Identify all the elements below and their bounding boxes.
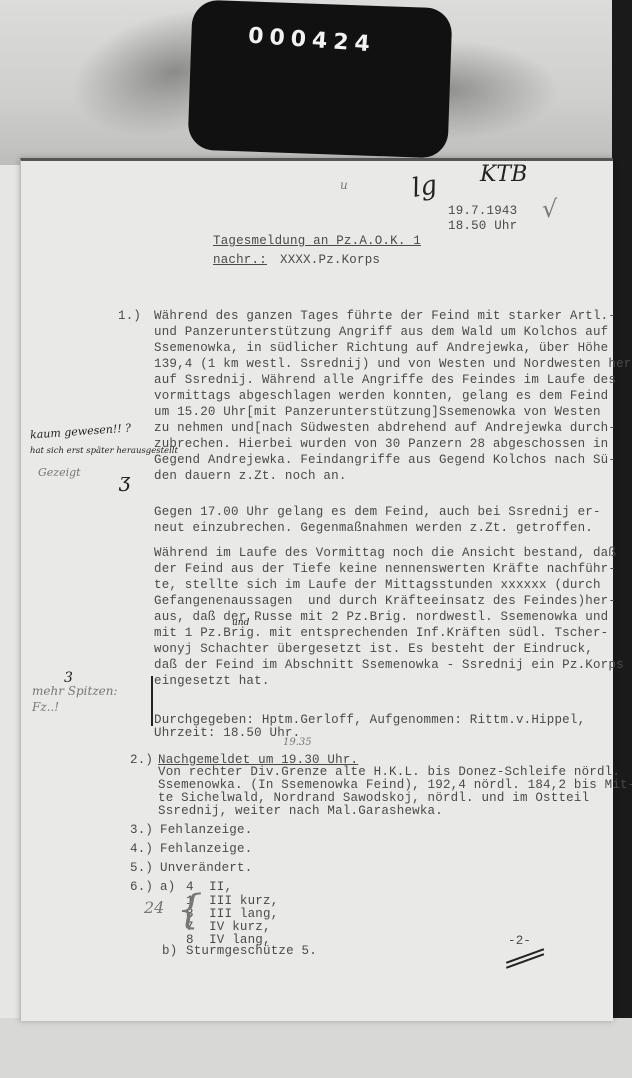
handwritten-insert: und — [232, 618, 249, 628]
handwritten-mark: u — [340, 178, 348, 192]
microfilm-bottom-area — [0, 1018, 632, 1078]
margin-mark: ʒ — [119, 468, 130, 492]
text-line: aus, daß der Russe mit 2 Pz.Brig. nordwe… — [154, 609, 614, 625]
section-2-paragraph: Von rechter Div.Grenze alte H.K.L. bis D… — [158, 766, 618, 818]
section-number: 4.) — [130, 841, 153, 857]
text-line: Ssrednij, weiter nach Mal.Garashewka. — [158, 805, 618, 818]
margin-note: Fz..! — [32, 700, 59, 714]
transmitted-time: Uhrzeit: 18.50 Uhr. — [154, 725, 300, 741]
section-number: 1.) — [118, 308, 141, 324]
handwritten-sum: 24 — [144, 898, 164, 917]
text-line: um 15.20 Uhr[mit Panzerunterstützung]Sse… — [154, 404, 614, 420]
text-line: Ssemenowka, in südlicher Richtung auf An… — [154, 340, 614, 356]
margin-note: mehr Spitzen: — [32, 684, 118, 698]
margin-note: Gezeigt — [38, 466, 81, 479]
section-number: 5.) — [130, 860, 153, 876]
text-line: zu nehmen und[nach Südwesten abdrehend a… — [154, 420, 614, 436]
brace-mark: { — [177, 890, 202, 930]
section-6-b-text: Sturmgeschütze 5. — [186, 943, 317, 959]
section-4-text: Fehlanzeige. — [160, 841, 252, 857]
text-line: Gegend Andrejewka. Feindangriffe aus Geg… — [154, 452, 614, 468]
page-number: -2- — [508, 933, 531, 949]
text-line: Während des ganzen Tages führte der Fein… — [154, 308, 614, 324]
text-line: Gefangenenaussagen und durch Kräfteeinsa… — [154, 593, 614, 609]
check-mark-icon: √ — [542, 195, 557, 223]
margin-bar — [151, 676, 153, 726]
section-number: 3.) — [130, 822, 153, 838]
document-date: 19.7.1943 — [448, 203, 517, 219]
text-line: eingesetzt hat. — [154, 673, 614, 689]
margin-note: hat sich erst später herausgestellt — [30, 446, 178, 456]
text-line: Gegen 17.00 Uhr gelang es dem Feind, auc… — [154, 504, 614, 520]
section-3-text: Fehlanzeige. — [160, 822, 252, 838]
section-6-b-label: b) — [162, 943, 177, 959]
text-line: Während im Laufe des Vormittag noch die … — [154, 545, 614, 561]
text-line: den dauern z.Zt. noch an. — [154, 468, 614, 484]
text-line: wonyj Schachter übergesetzt ist. Es best… — [154, 641, 614, 657]
handwritten-corrected-time: 19.35 — [283, 737, 312, 748]
section-6-a-label: a) — [160, 879, 175, 895]
microfilm-top-area: 000424 — [0, 0, 632, 165]
film-edge — [612, 0, 632, 1078]
document-title: Tagesmeldung an Pz.A.O.K. 1 — [213, 233, 421, 249]
section-5-text: Unverändert. — [160, 860, 252, 876]
text-line: vormittags abgeschlagen werden konnten, … — [154, 388, 614, 404]
cc-label: nachr.: — [213, 252, 267, 268]
text-line: der Feind aus der Tiefe keine nennenswer… — [154, 561, 614, 577]
text-line: 139,4 (1 km westl. Ssrednij) und von Wes… — [154, 356, 614, 372]
handwritten-initials: lg — [410, 170, 440, 204]
section-number: 2.) — [130, 752, 153, 768]
section-1-paragraph-3: Während im Laufe des Vormittag noch die … — [154, 545, 614, 689]
section-number: 6.) — [130, 879, 153, 895]
text-line: daß der Feind im Abschnitt Ssemenowka - … — [154, 657, 614, 673]
text-line: auf Ssrednij. Während alle Angriffe des … — [154, 372, 614, 388]
text-line: zubrechen. Hierbei wurden von 30 Panzern… — [154, 436, 614, 452]
text-line: und Panzerunterstützung Angriff aus dem … — [154, 324, 614, 340]
text-line: mit 1 Pz.Brig. mit entsprechenden Inf.Kr… — [154, 625, 614, 641]
document-time: 18.50 Uhr — [448, 218, 517, 234]
handwritten-ktb: KTB — [480, 162, 527, 187]
section-1-paragraph-2: Gegen 17.00 Uhr gelang es dem Feind, auc… — [154, 504, 614, 536]
section-1-paragraph-1: Während des ganzen Tages führte der Fein… — [154, 308, 614, 484]
frame-counter-knob — [385, 50, 431, 95]
text-line: te, stellte sich im Laufe der Mittagsstu… — [154, 577, 614, 593]
text-line: neut einzubrechen. Gegenmaßnahmen werden… — [154, 520, 614, 536]
cc-value: XXXX.Pz.Korps — [280, 252, 380, 268]
